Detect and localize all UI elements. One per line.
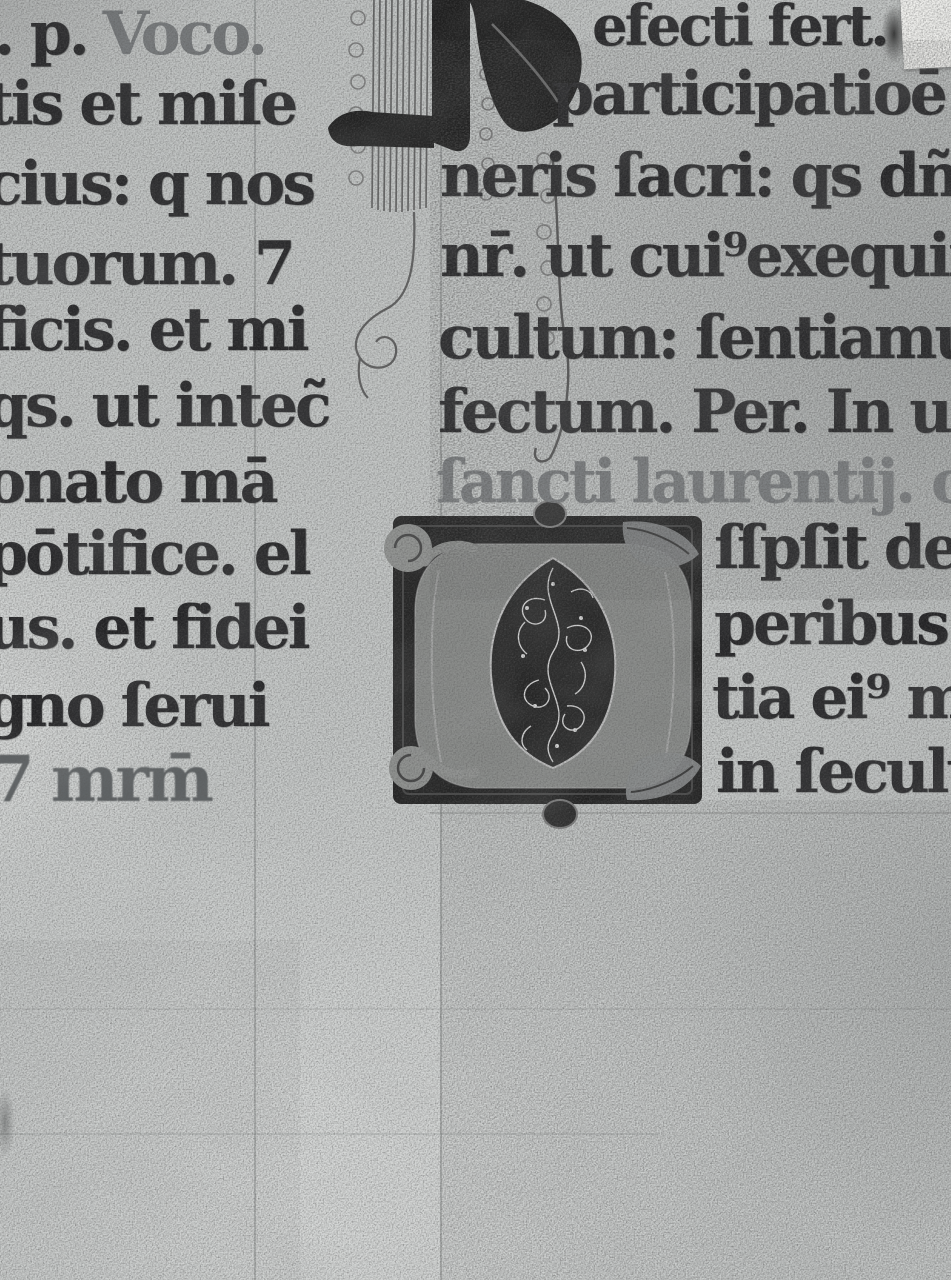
cadel-comb-strokes: [372, 0, 428, 212]
initial-r-foot: [328, 111, 434, 148]
ruling-line-horizontal-3: [0, 1133, 660, 1135]
text-line-left-5: ficis. et mi: [0, 300, 307, 360]
text-line-left-9: us. et fidei: [0, 598, 307, 658]
cadel-descender-curl: [356, 212, 414, 398]
illuminated-initial-d-panel: [375, 500, 720, 832]
text-line-left-6: qs. ut intec̃: [0, 376, 329, 436]
initial-r-stem: [432, 0, 470, 151]
text-line-right-6: fectum. Per. In uig: [438, 382, 951, 442]
text-line-left-1: . p.Voco.: [0, 4, 265, 64]
text-line-right-3: neris ſacri: qs dñe: [440, 146, 951, 206]
panel-knob-bottom: [543, 800, 577, 828]
text-line-left-4: tuorum. 7: [0, 234, 293, 294]
text-line-left-11: 7 mrm̄: [0, 748, 211, 812]
text-line-right-5: cultum: ſentiamus: [438, 308, 951, 368]
text-segment-rubric: Voco.: [103, 0, 265, 69]
text-line-left-7: onato mā: [0, 452, 276, 512]
text-line-right-rubric: ſancti laurentij. of: [436, 452, 951, 512]
manuscript-page: . p.Voco. tis et miſe cius: q nos tuorum…: [0, 0, 951, 1280]
edge-smudge: [0, 1075, 18, 1170]
text-line-left-10: gno ſerui: [0, 676, 268, 736]
text-line-right-10: in ſeculū: [716, 742, 951, 802]
text-line-right-top: efecti fert̃.: [592, 0, 887, 54]
text-line-right-4: nr̄. ut cui⁹exequim̄: [440, 226, 951, 286]
ruling-line-horizontal-2: [0, 1008, 951, 1010]
text-line-left-8: pōtifice. el: [0, 524, 309, 584]
text-line-right-7: ſſpſit ded: [714, 518, 951, 578]
corner-label-patch: [900, 0, 951, 69]
text-segment: . p.: [0, 0, 87, 69]
text-line-right-9: tia ei⁹ ma: [712, 668, 951, 728]
cadel-scallops-left: [349, 11, 365, 185]
text-line-left-3: cius: q nos: [0, 154, 313, 214]
text-line-left-2: tis et miſe: [0, 74, 295, 134]
text-line-right-8: peribus u: [714, 594, 951, 654]
